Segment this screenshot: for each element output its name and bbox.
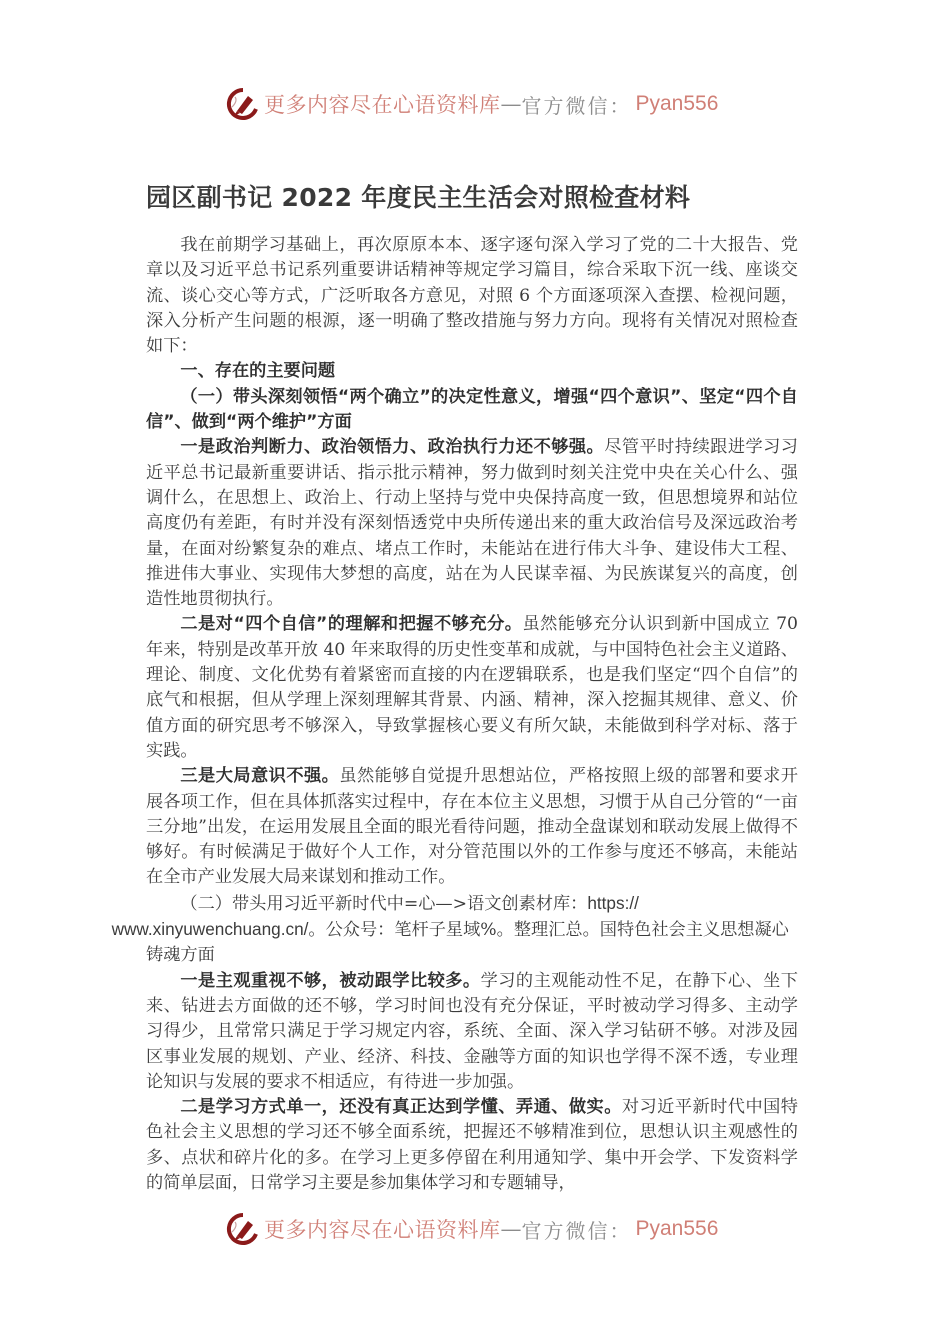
- watermark-text: 更多内容尽在心语资料库: [264, 1214, 501, 1244]
- watermark-text: 更多内容尽在心语资料库: [264, 89, 501, 119]
- paragraph-2: 二是对“四个自信”的理解和把握不够充分。虽然能够充分认识到新中国成立 70 年来…: [146, 612, 798, 764]
- intro-paragraph: 我在前期学习基础上，再次原原本本、逐字逐句深入学习了党的二十大报告、党章以及习近…: [146, 233, 798, 359]
- paragraph-2-text: 虽然能够充分认识到新中国成立 70 年来，特别是改革开放 40 年来取得的历史性…: [146, 614, 798, 760]
- document-page: 更多内容尽在心语资料库 — 官方微信： Pyan556 园区副书记 2022 年…: [0, 0, 950, 1344]
- section-heading: 一、存在的主要问题: [146, 359, 798, 384]
- document-body: 我在前期学习基础上，再次原原本本、逐字逐句深入学习了党的二十大报告、党章以及习近…: [146, 233, 798, 1196]
- source-link-part-2[interactable]: www.xinyuwenchuang.cn/: [112, 919, 309, 939]
- paragraph-5-lead: 二是学习方式单一，还没有真正达到学懂、弄通、做实。: [180, 1097, 621, 1117]
- paragraph-4-lead: 一是主观重视不够，被动跟学比较多。: [180, 971, 480, 991]
- watermark-separator: —: [501, 1217, 522, 1241]
- paragraph-5: 二是学习方式单一，还没有真正达到学懂、弄通、做实。对习近平新时代中国特色社会主义…: [146, 1095, 798, 1196]
- watermark-banner-bottom: 更多内容尽在心语资料库 — 官方微信： Pyan556: [226, 1209, 726, 1249]
- paragraph-3: 三是大局意识不强。虽然能够自觉提升思想站位，严格按照上级的部署和要求开展各项工作…: [146, 764, 798, 890]
- watermark-banner-top: 更多内容尽在心语资料库 — 官方微信： Pyan556: [226, 84, 726, 124]
- pen-nib-logo-icon: [226, 1212, 260, 1246]
- watermark-separator: —: [501, 92, 522, 116]
- watermark-wechat-id: Pyan556: [636, 92, 719, 116]
- document-title: 园区副书记 2022 年度民主生活会对照检查材料: [146, 178, 690, 214]
- watermark-wechat-label: 官方微信：: [522, 90, 632, 119]
- source-link-part-1[interactable]: https://: [587, 893, 639, 913]
- paragraph-1-lead: 一是政治判断力、政治领悟力、政治执行力还不够强。: [180, 437, 604, 457]
- paragraph-1: 一是政治判断力、政治领悟力、政治执行力还不够强。尽管平时持续跟进学习习近平总书记…: [146, 435, 798, 612]
- subsection-heading-2: （二）带头用习近平新时代中=心—>语文创素材库：https://www.xiny…: [146, 891, 798, 969]
- pen-nib-logo-icon: [226, 87, 260, 121]
- watermark-wechat-id: Pyan556: [636, 1217, 719, 1241]
- paragraph-2-lead: 二是对“四个自信”的理解和把握不够充分。: [180, 614, 522, 634]
- watermark-wechat-label: 官方微信：: [522, 1215, 632, 1244]
- paragraph-4: 一是主观重视不够，被动跟学比较多。学习的主观能动性不足，在静下心、坐下来、钻进去…: [146, 969, 798, 1095]
- subsection-2-text-a: （二）带头用习近平新时代中=心—>语文创素材库：: [180, 894, 587, 914]
- subsection-heading-1: （一）带头深刻领悟“两个确立”的决定性意义，增强“四个意识”、坚定“四个自信”、…: [146, 385, 798, 436]
- paragraph-1-text: 尽管平时持续跟进学习习近平总书记最新重要讲话、指示批示精神，努力做到时刻关注党中…: [146, 437, 798, 609]
- paragraph-3-lead: 三是大局意识不强。: [180, 766, 339, 786]
